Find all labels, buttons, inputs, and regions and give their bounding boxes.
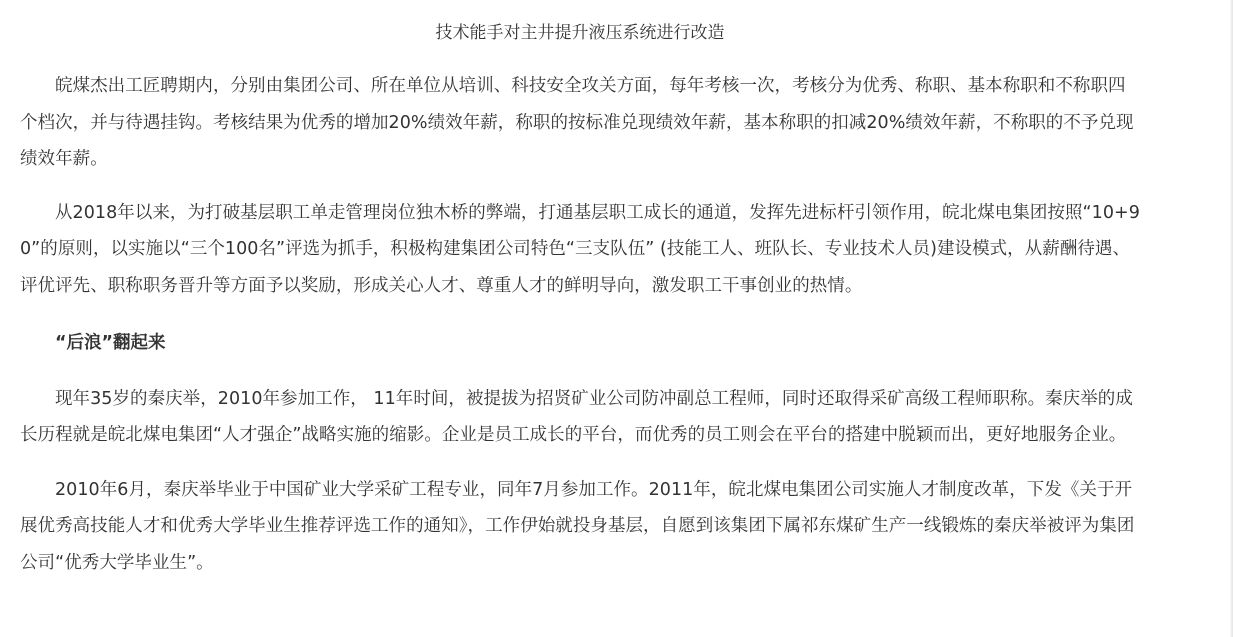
- paragraph: 2010年6月，秦庆举毕业于中国矿业大学采矿工程专业，同年7月参加工作。2011…: [20, 472, 1140, 582]
- paragraph: 从2018年以来，为打破基层职工单走管理岗位独木桥的弊端，打通基层职工成长的通道…: [20, 195, 1140, 305]
- section-heading: “后浪”翻起来: [20, 325, 1140, 362]
- paragraph: 现年35岁的秦庆举，2010年参加工作， 11年时间，被提拔为招贤矿业公司防冲副…: [20, 381, 1140, 454]
- paragraph: 皖煤杰出工匠聘期内，分别由集团公司、所在单位从培训、科技安全攻关方面，每年考核一…: [20, 68, 1140, 178]
- image-caption: 技术能手对主井提升液压系统进行改造: [20, 21, 1140, 45]
- article-body: 技术能手对主井提升液压系统进行改造 皖煤杰出工匠聘期内，分别由集团公司、所在单位…: [20, 0, 1140, 581]
